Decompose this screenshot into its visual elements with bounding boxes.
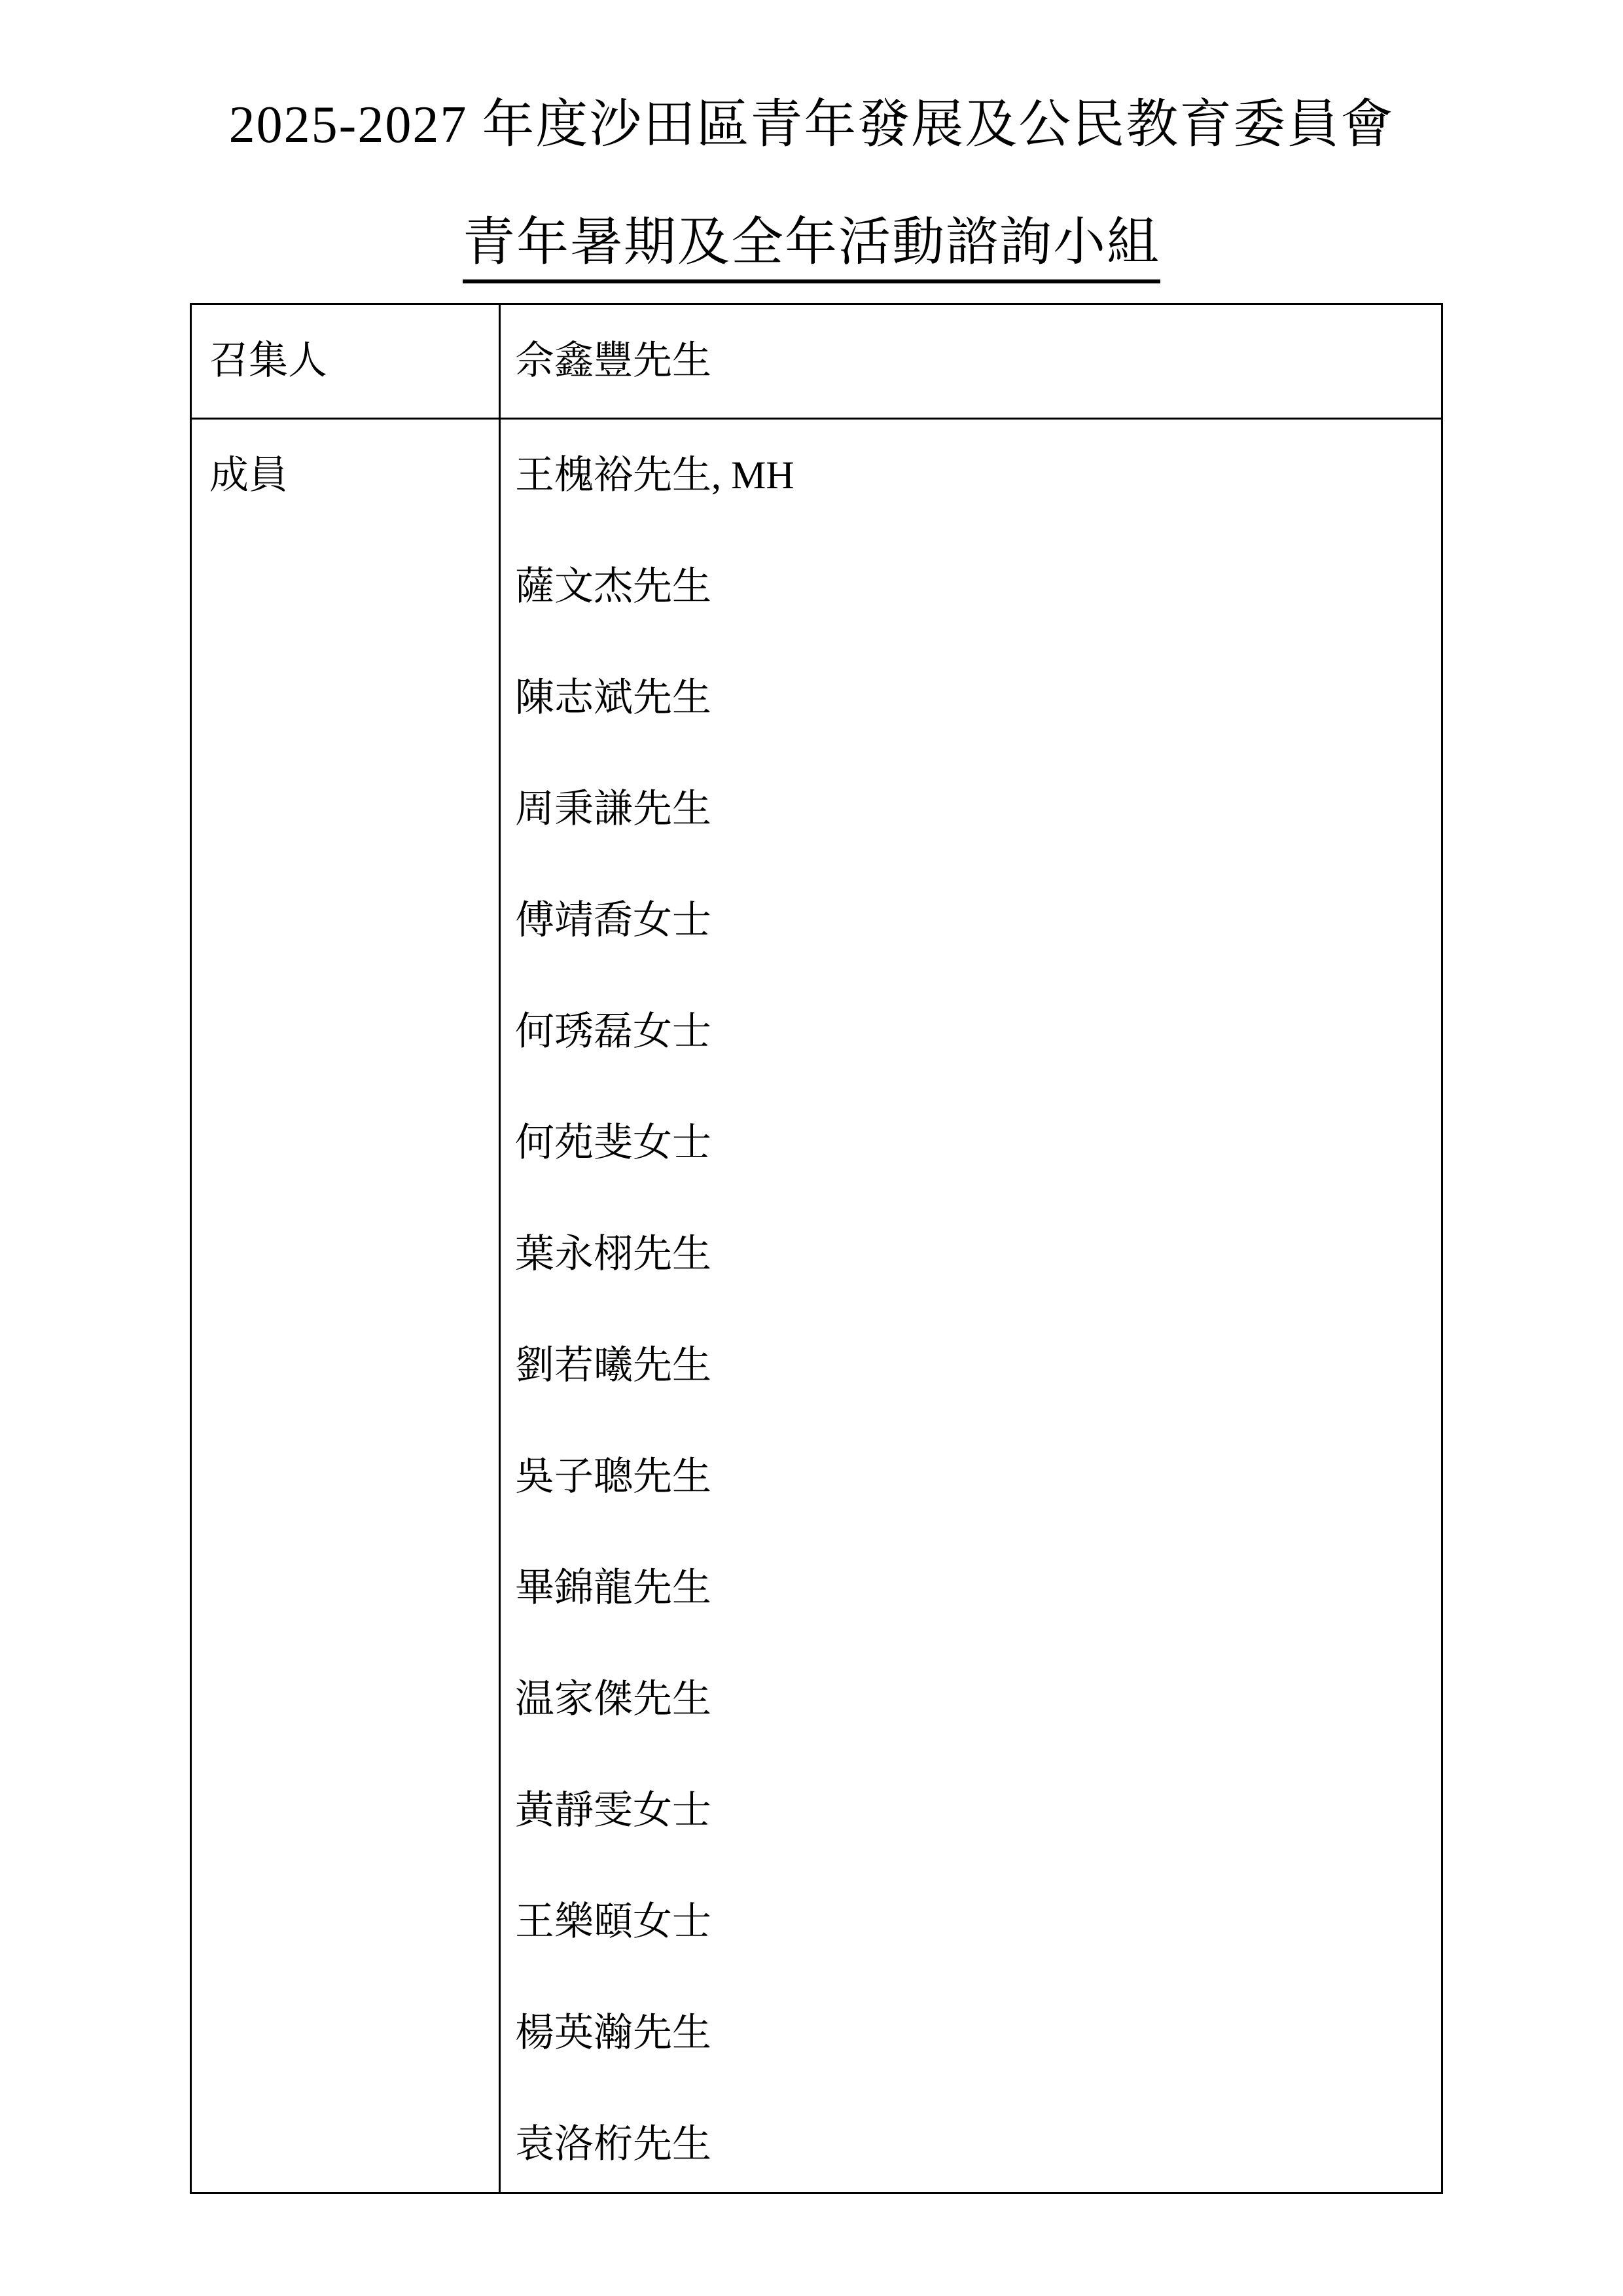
members-label: 成員 [191,419,500,2193]
convenor-name: 佘鑫豐先生 [515,339,1435,382]
member-name: 傅靖喬女士 [515,899,1435,942]
table-row-members: 成員 王槐裕先生, MH薩文杰先生陳志斌先生周秉謙先生傅靖喬女士何琇磊女士何苑斐… [191,419,1442,2193]
member-name: 袁洛桁先生 [515,2123,1435,2166]
member-name: 何琇磊女士 [515,1010,1435,1053]
committee-title: 2025-2027 年度沙田區青年發展及公民教育委員會 [0,0,1623,155]
convenor-values: 佘鑫豐先生 [500,304,1442,419]
convenor-label: 召集人 [191,304,500,419]
member-name: 陳志斌先生 [515,676,1435,719]
member-name: 何苑斐女士 [515,1121,1435,1164]
member-name: 温家傑先生 [515,1677,1435,1721]
member-name: 黃靜雯女士 [515,1789,1435,1832]
member-name: 畢錦龍先生 [515,1566,1435,1609]
member-name: 薩文杰先生 [515,565,1435,608]
member-name: 吳子聰先生 [515,1455,1435,1498]
advisory-group-subtitle: 青年暑期及全年活動諮詢小組 [463,213,1160,283]
table-row-convenor: 召集人 佘鑫豐先生 [191,304,1442,419]
subtitle-wrap: 青年暑期及全年活動諮詢小組 [0,213,1623,283]
member-name: 楊英瀚先生 [515,2011,1435,2054]
member-name: 王槐裕先生, MH [515,454,1435,497]
member-name: 劉若曦先生 [515,1344,1435,1387]
member-name: 葉永栩先生 [515,1232,1435,1276]
document-page: 2025-2027 年度沙田區青年發展及公民教育委員會 青年暑期及全年活動諮詢小… [0,0,1623,2296]
member-name: 周秉謙先生 [515,787,1435,831]
member-name: 王樂頤女士 [515,1900,1435,1943]
membership-table: 召集人 佘鑫豐先生 成員 王槐裕先生, MH薩文杰先生陳志斌先生周秉謙先生傅靖喬… [190,303,1443,2194]
members-values: 王槐裕先生, MH薩文杰先生陳志斌先生周秉謙先生傅靖喬女士何琇磊女士何苑斐女士葉… [500,419,1442,2193]
